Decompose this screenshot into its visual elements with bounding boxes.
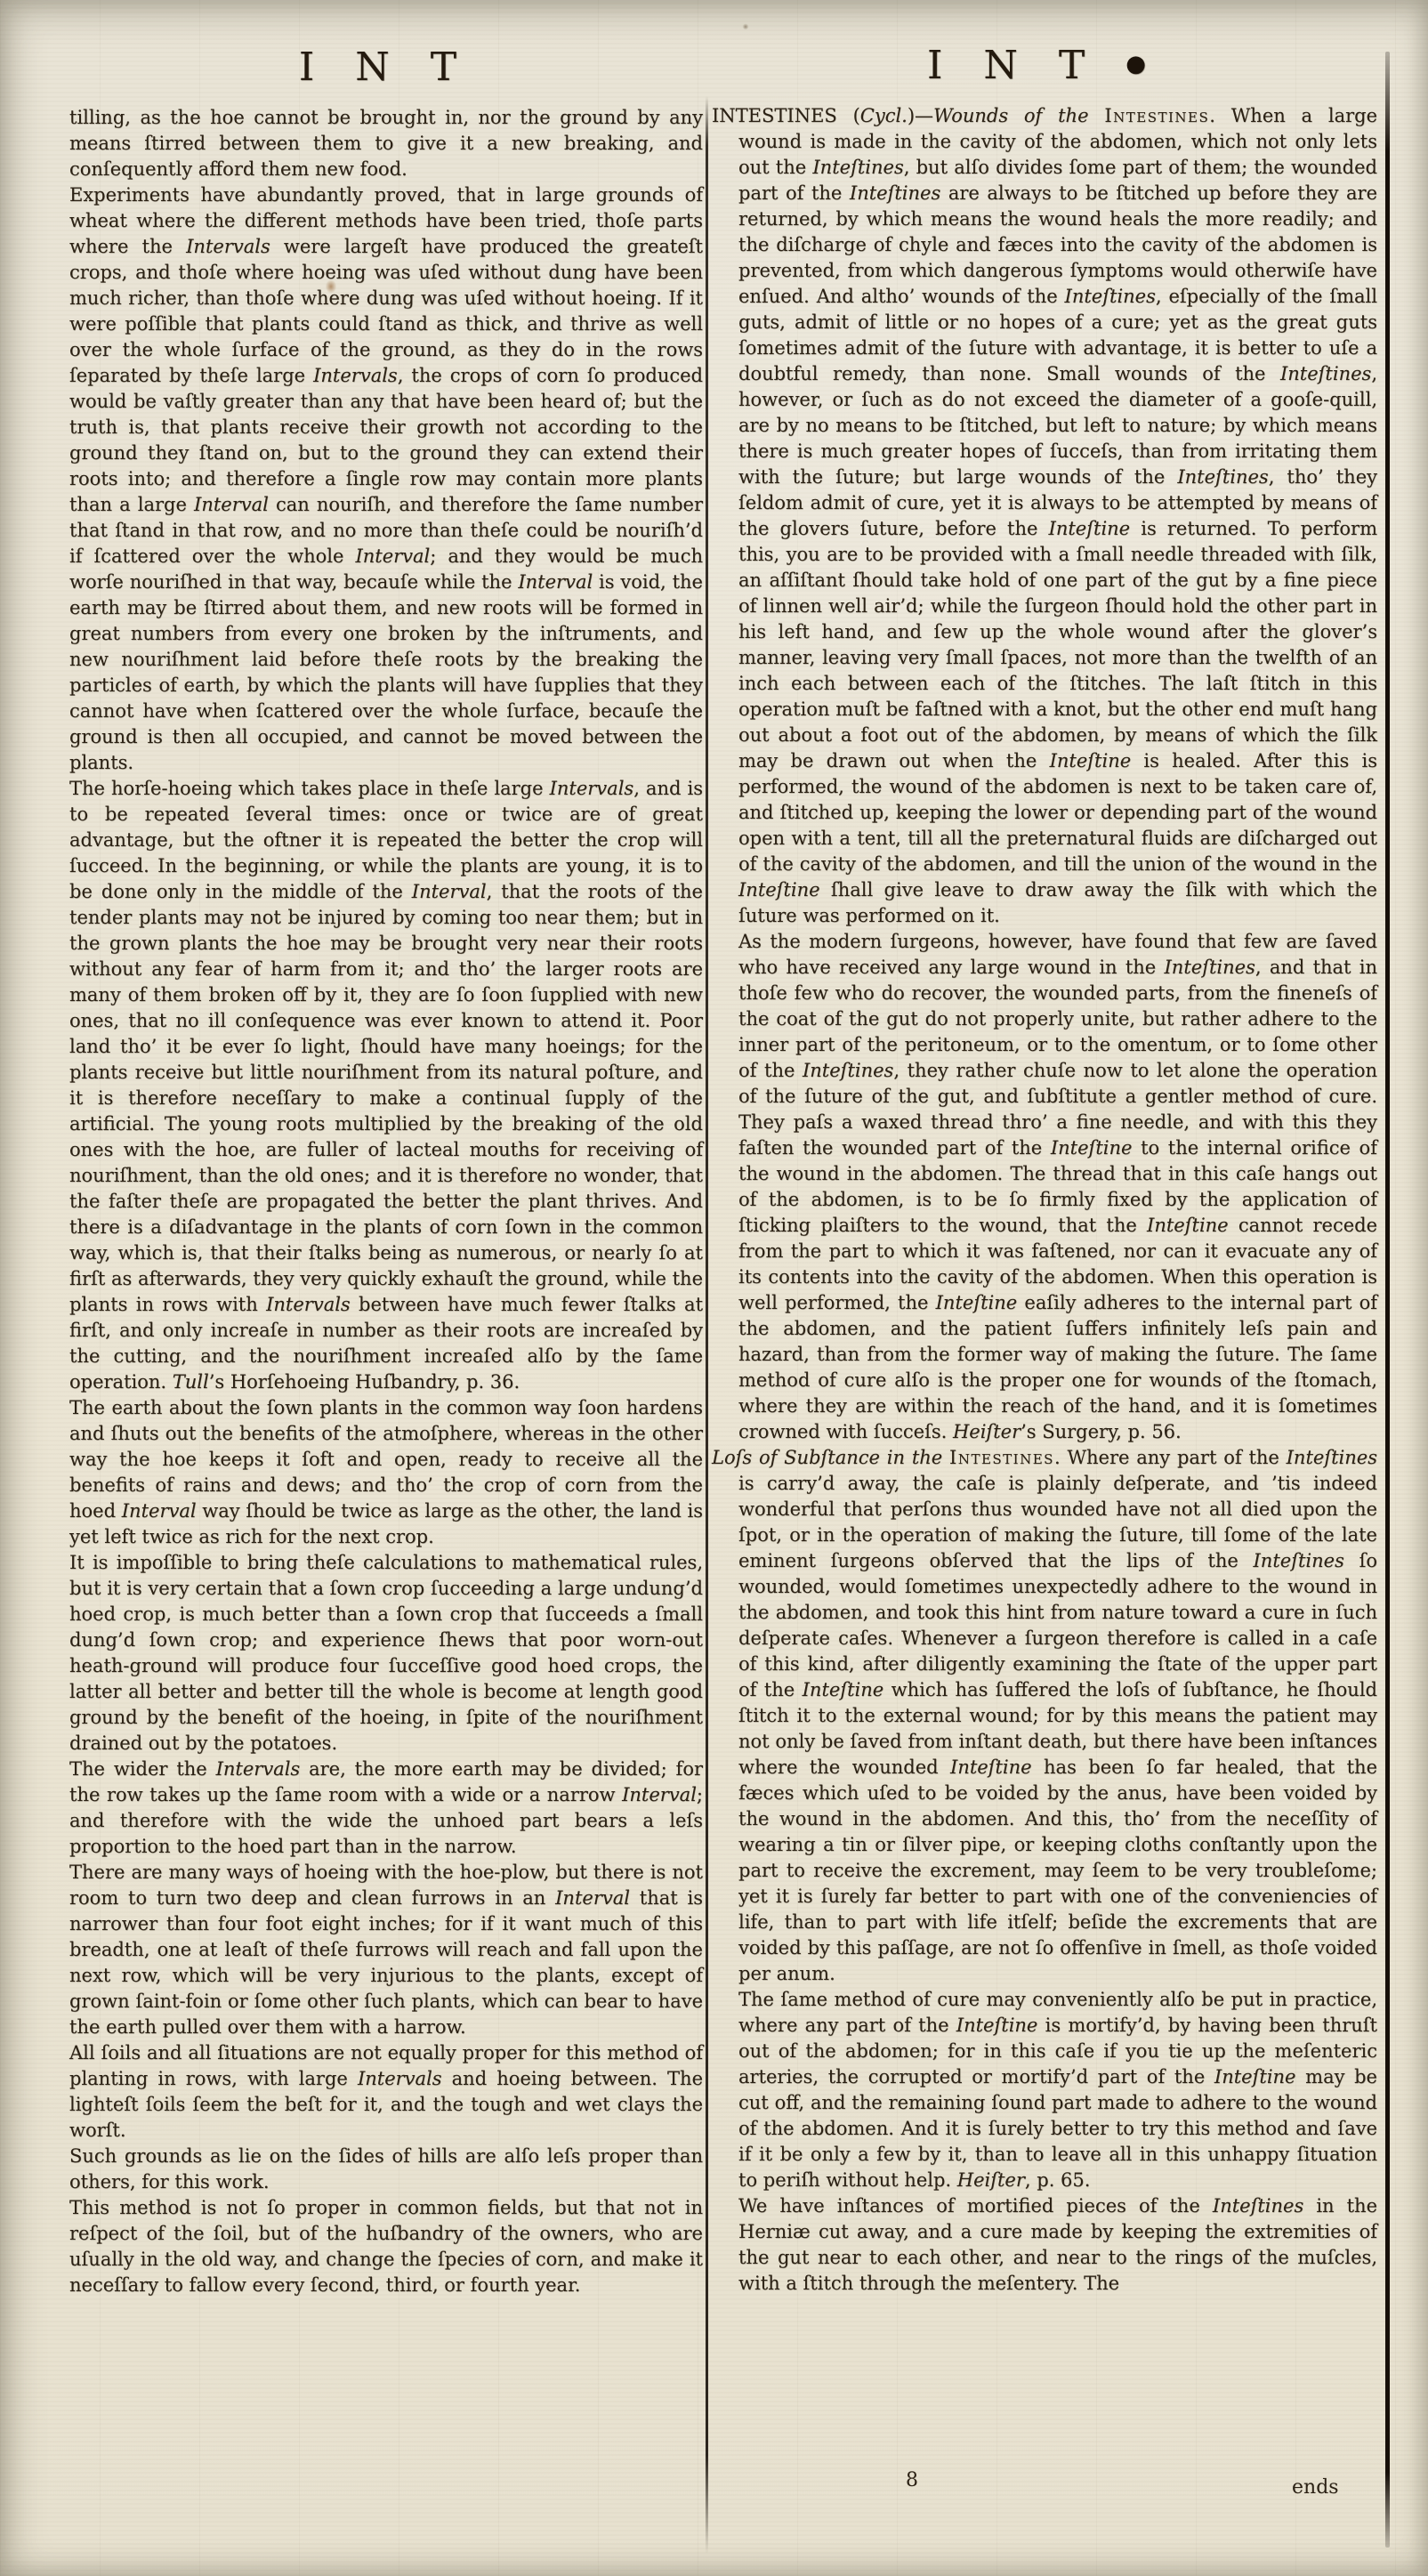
- catchword: ends: [1292, 2476, 1339, 2499]
- paragraph-herniae-instances: We have inſtances of mortified pieces of…: [712, 2193, 1377, 2297]
- page-edge-rule: [1385, 52, 1390, 2548]
- signature-mark: 8: [906, 2469, 918, 2491]
- paragraph-wider-intervals: The wider the Intervals are, the more ea…: [69, 1756, 703, 1860]
- running-head-right: I N T●: [725, 43, 1348, 88]
- running-head-left: I N T: [67, 44, 703, 90]
- paragraph-experiments: Experiments have abundantly proved, that…: [69, 182, 703, 776]
- column-divider-rule: [706, 96, 708, 2554]
- paragraph-tilling-continuation: tilling, as the hoe cannot be brought in…: [69, 105, 703, 182]
- right-column-text: INTESTINES (Cycl.)—Wounds of the Intesti…: [712, 103, 1377, 2297]
- paragraph-soils: All ſoils and all ſituations are not equ…: [69, 2040, 703, 2144]
- paragraph-common-fields: This method is not ſo proper in common f…: [69, 2195, 703, 2298]
- paragraph-calculations: It is impoſſible to bring theſe calculat…: [69, 1550, 703, 1756]
- entry-wounds-of-intestines: INTESTINES (Cycl.)—Wounds of the Intesti…: [712, 103, 1377, 929]
- scanned-book-page: I N T I N T● tilling, as the hoe cannot …: [0, 0, 1428, 2576]
- paragraph-hoe-plow: There are many ways of hoeing with the h…: [69, 1860, 703, 2040]
- paragraph-hillsides: Such grounds as lie on the ſides of hill…: [69, 2144, 703, 2195]
- paragraph-horse-hoeing: The horſe-hoeing which takes place in th…: [69, 776, 703, 1395]
- entry-loss-of-substance: Loſs of Subſtance in the Intestines. Whe…: [712, 1445, 1377, 1987]
- running-head-right-text: I N T: [927, 43, 1099, 88]
- ink-dot-icon: ●: [1125, 51, 1146, 77]
- paragraph-earth-hardens: The earth about the ſown plants in the c…: [69, 1395, 703, 1550]
- paragraph-mortified-cure: The ſame method of cure may conveniently…: [712, 1987, 1377, 2193]
- paragraph-modern-surgeons: As the modern ſurgeons, however, have fo…: [712, 929, 1377, 1445]
- left-column-text: tilling, as the hoe cannot be brought in…: [69, 105, 703, 2298]
